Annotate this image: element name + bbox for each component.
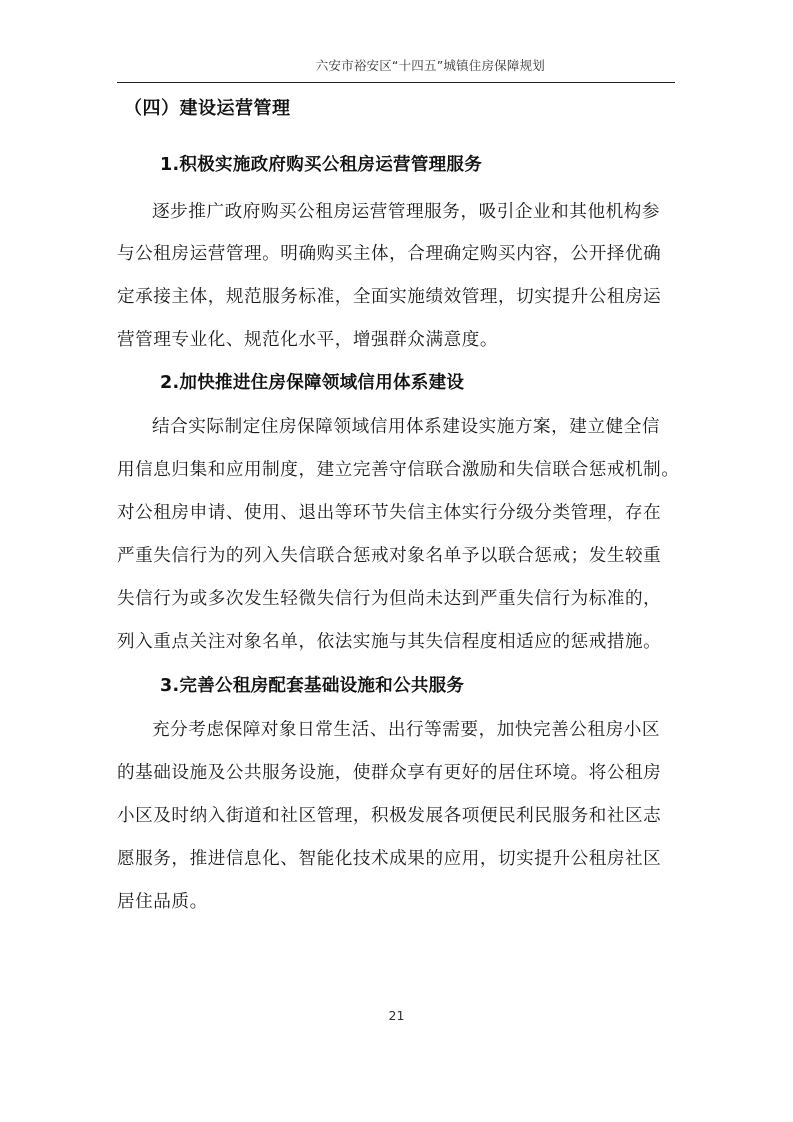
running-header: 六安市裕安区“十四五”城镇住房保障规划 <box>117 56 675 74</box>
page-number: 21 <box>0 1008 793 1023</box>
paragraph-line: 严重失信行为的列入失信联合惩戒对象名单予以联合惩戒；发生较重 <box>117 542 677 567</box>
paragraph-line: 充分考虑保障对象日常生活、出行等需要，加快完善公租房小区 <box>152 716 677 741</box>
paragraph-line: 与公租房运营管理。明确购买主体，合理确定购买内容，公开择优确 <box>117 240 677 265</box>
paragraph-line: 定承接主体，规范服务标准，全面实施绩效管理，切实提升公租房运 <box>117 283 677 308</box>
paragraph-line: 居住品质。 <box>117 888 677 913</box>
paragraph-line: 失信行为或多次发生轻微失信行为但尚未达到严重失信行为标准的， <box>117 585 677 610</box>
paragraph-line: 用信息归集和应用制度，建立完善守信联合激励和失信联合惩戒机制。 <box>117 456 677 481</box>
subsection-heading-1: 1.积极实施政府购买公租房运营管理服务 <box>160 151 482 176</box>
paragraph-line: 逐步推广政府购买公租房运营管理服务，吸引企业和其他机构参 <box>152 198 677 223</box>
paragraph-line: 营管理专业化、规范化水平，增强群众满意度。 <box>117 326 677 351</box>
paragraph-line: 的基础设施及公共服务设施，使群众享有更好的居住环境。将公租房 <box>117 759 677 784</box>
section-title: （四）建设运营管理 <box>124 94 291 120</box>
paragraph-line: 列入重点关注对象名单，依法实施与其失信程度相适应的惩戒措施。 <box>117 628 677 653</box>
paragraph-line: 对公租房申请、使用、退出等环节失信主体实行分级分类管理，存在 <box>117 499 677 524</box>
header-divider <box>117 82 675 83</box>
paragraph-line: 愿服务，推进信息化、智能化技术成果的应用，切实提升公租房社区 <box>117 845 677 870</box>
paragraph-line: 小区及时纳入街道和社区管理，积极发展各项便民利民服务和社区志 <box>117 802 677 827</box>
paragraph-line: 结合实际制定住房保障领域信用体系建设实施方案，建立健全信 <box>152 413 677 438</box>
subsection-heading-3: 3.完善公租房配套基础设施和公共服务 <box>160 672 464 697</box>
subsection-heading-2: 2.加快推进住房保障领域信用体系建设 <box>160 369 464 394</box>
